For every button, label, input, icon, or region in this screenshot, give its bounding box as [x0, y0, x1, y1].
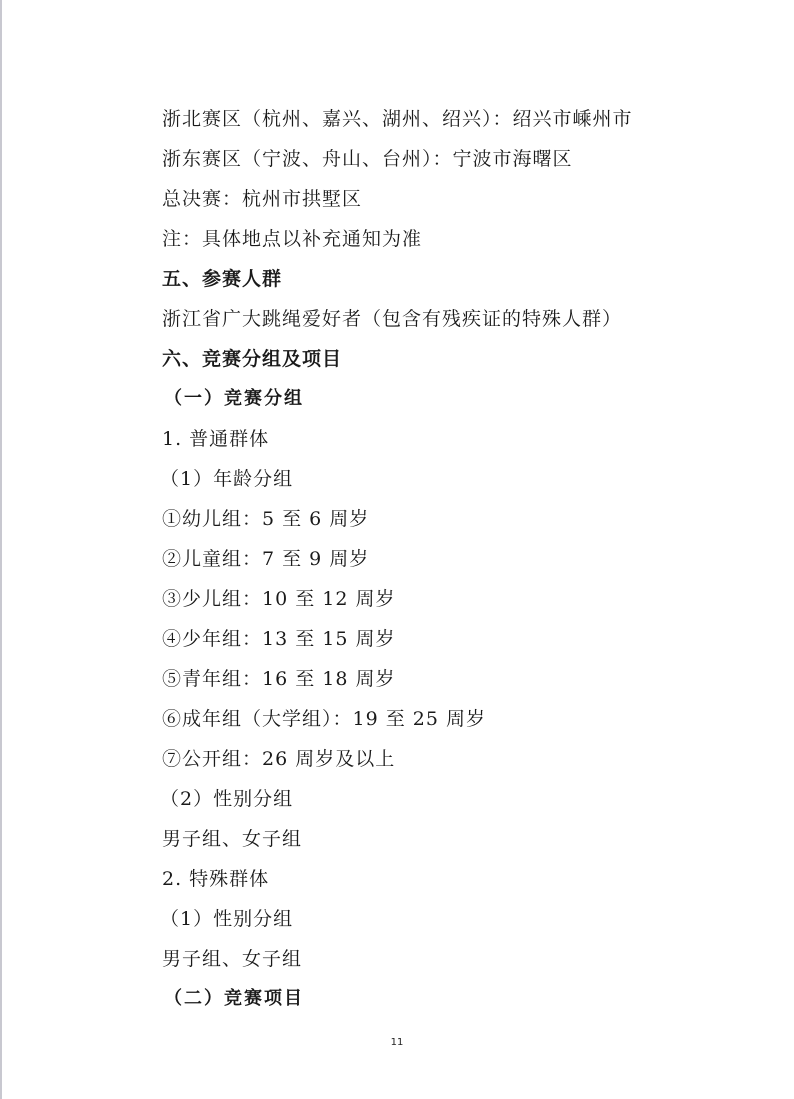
general-gender-heading: （2）性别分组	[160, 787, 293, 811]
special-gender-heading: （1）性别分组	[160, 907, 293, 931]
document-page: 浙北赛区（杭州、嘉兴、湖州、绍兴）：绍兴市嵊州市 浙东赛区（宁波、舟山、台州）：…	[0, 0, 794, 1099]
venue-east-line: 浙东赛区（宁波、舟山、台州）：宁波市海曙区	[162, 147, 573, 171]
subsection-2-heading: （二）竞赛项目	[164, 987, 304, 1011]
section-6-heading: 六、竞赛分组及项目	[162, 347, 342, 371]
age-group-item: ②儿童组：7 至 9 周岁	[162, 547, 369, 571]
group-general-label: 1. 普通群体	[162, 427, 269, 451]
group-special-label: 2. 特殊群体	[162, 867, 269, 891]
age-group-item: ⑦公开组：26 周岁及以上	[162, 747, 395, 771]
age-group-item: ④少年组：13 至 15 周岁	[162, 627, 395, 651]
special-gender-groups: 男子组、女子组	[162, 947, 302, 971]
general-age-heading: （1）年龄分组	[160, 467, 293, 491]
age-group-item: ⑥成年组（大学组）：19 至 25 周岁	[162, 707, 486, 731]
venue-final-line: 总决赛：杭州市拱墅区	[162, 187, 362, 211]
age-group-item: ③少儿组：10 至 12 周岁	[162, 587, 395, 611]
venue-north-line: 浙北赛区（杭州、嘉兴、湖州、绍兴）：绍兴市嵊州市	[162, 107, 633, 131]
section-5-body: 浙江省广大跳绳爱好者（包含有残疾证的特殊人群）	[162, 307, 622, 331]
page-number: 11	[0, 1036, 794, 1050]
age-group-item: ⑤青年组：16 至 18 周岁	[162, 667, 395, 691]
general-gender-groups: 男子组、女子组	[162, 827, 302, 851]
section-5-heading: 五、参赛人群	[162, 267, 282, 291]
subsection-1-heading: （一）竞赛分组	[164, 387, 304, 411]
venue-note-line: 注：具体地点以补充通知为准	[162, 227, 422, 251]
age-group-item: ①幼儿组：5 至 6 周岁	[162, 507, 369, 531]
